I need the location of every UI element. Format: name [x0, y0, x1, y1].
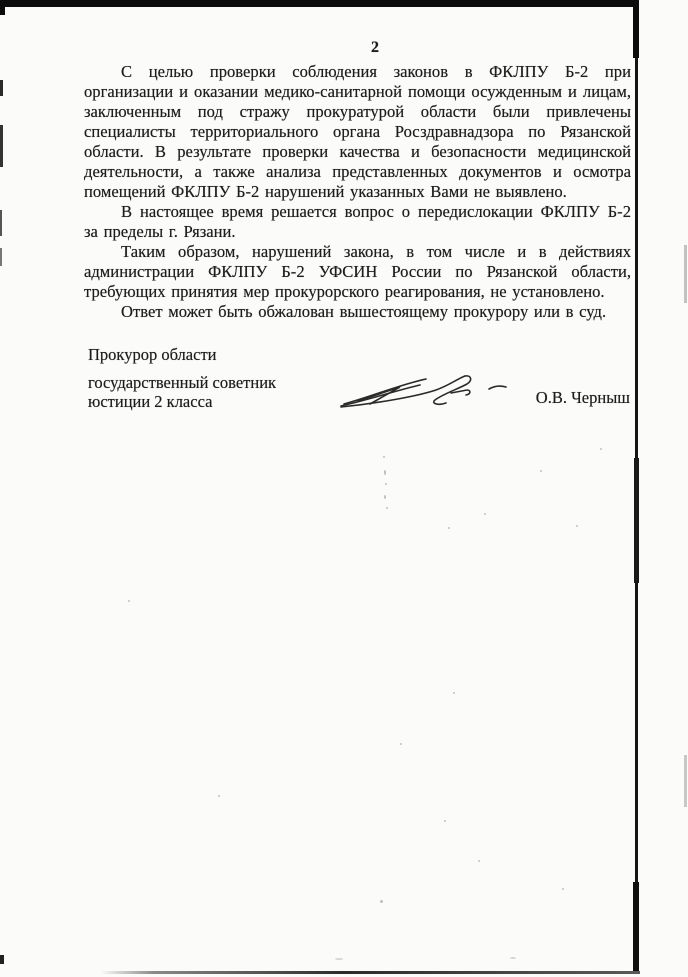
paragraph-conclusion: Таким образом, нарушений закона, в том ч… — [84, 242, 631, 302]
scan-speck — [335, 958, 343, 960]
scan-bottom-edge-line — [100, 971, 640, 974]
scan-speck — [562, 888, 564, 890]
letter-body: С целью проверки соблюдения законов в ФК… — [84, 62, 631, 322]
paragraph-relocation: В настоящее время решается вопрос о пере… — [84, 202, 631, 242]
scan-speck — [448, 527, 450, 529]
signoff-rank: государственный советник юстиции 2 класс… — [88, 373, 276, 411]
scan-speck — [380, 900, 383, 903]
page-number: 2 — [345, 39, 405, 57]
scan-left-edge-mark — [0, 210, 2, 236]
scan-top-edge-bar — [0, 0, 633, 7]
scanned-letter-page: 2 С целью проверки соблюдения законов в … — [0, 0, 688, 977]
scan-speck — [510, 957, 516, 959]
scan-speck — [128, 600, 130, 602]
signer-name: О.В. Черныш — [505, 388, 630, 408]
scan-left-edge-mark — [0, 248, 2, 266]
scan-speck — [478, 860, 480, 862]
signoff-role: Прокурор области — [88, 345, 216, 365]
scan-margin-smudge — [684, 755, 687, 807]
scan-speck — [576, 525, 578, 527]
scan-speck — [400, 743, 402, 745]
scan-left-edge-mark — [0, 955, 4, 964]
scan-speck — [383, 456, 385, 458]
scan-speck — [384, 495, 386, 499]
scan-speck — [540, 470, 542, 472]
scan-left-edge-mark — [0, 0, 5, 15]
paragraph-appeal-notice: Ответ может быть обжалован вышестоящему … — [84, 302, 631, 322]
scan-left-edge-mark — [0, 80, 3, 96]
scan-right-rule-blotch — [634, 458, 639, 583]
scan-left-edge-mark — [0, 125, 3, 167]
scan-margin-smudge — [684, 245, 687, 303]
signature-mark — [338, 366, 513, 416]
scan-speck — [484, 513, 486, 515]
scan-speck — [444, 820, 446, 822]
scan-speck — [453, 692, 455, 694]
scan-speck — [218, 795, 220, 797]
scan-speck — [385, 483, 387, 485]
scan-speck — [386, 507, 388, 509]
paragraph-inspection-result: С целью проверки соблюдения законов в ФК… — [84, 62, 631, 202]
scan-speck — [384, 470, 386, 475]
scan-right-rule-blotch — [633, 882, 639, 972]
scan-right-rule-blotch — [633, 0, 639, 58]
scan-speck — [600, 448, 602, 450]
